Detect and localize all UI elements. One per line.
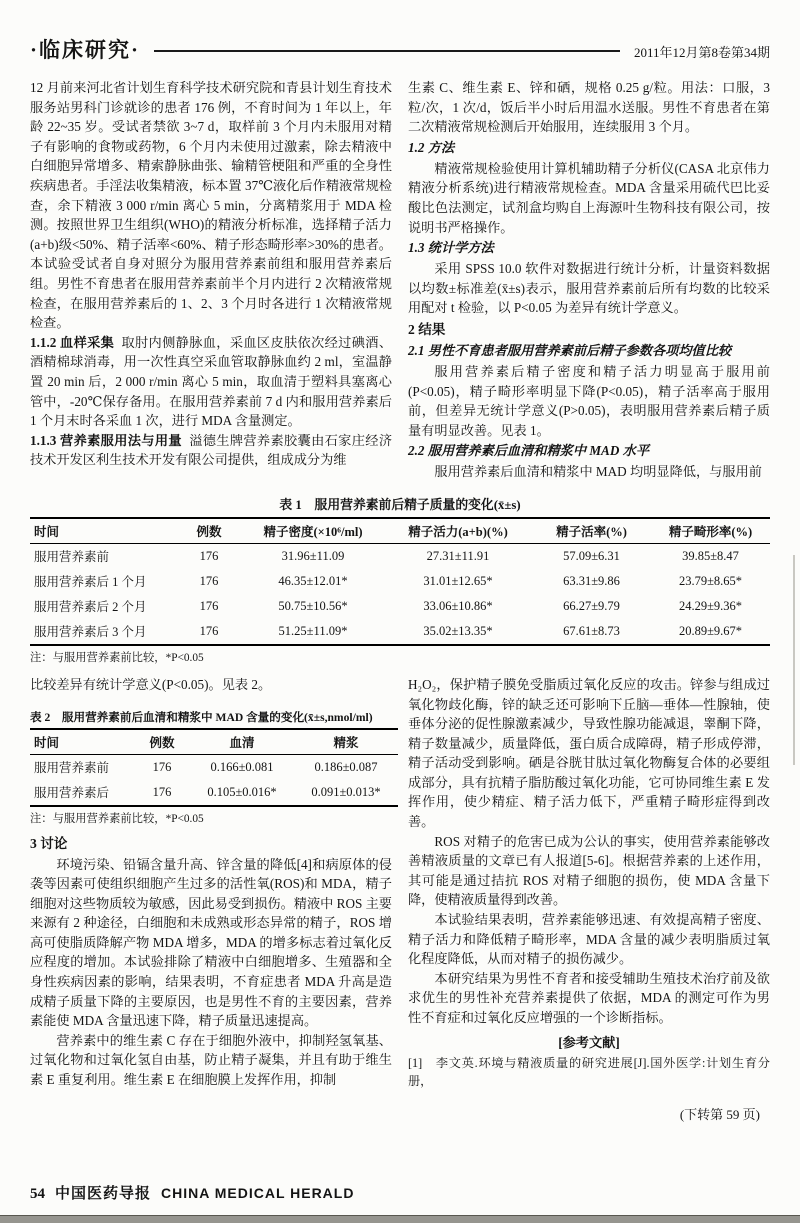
section-label: ·临床研究· [30,34,140,64]
table2-title: 表 2 服用营养素前后血清和精浆中 MAD 含量的变化(x̄±s,nmol/ml… [30,709,392,725]
paragraph: H₂O₂，保护精子膜免受脂质过氧化反应的攻击。锌参与组成过氧化物歧化酶，锌的缺乏… [408,675,770,832]
right-column-bottom: H₂O₂，保护精子膜免受脂质过氧化反应的攻击。锌参与组成过氧化物歧化酶，锌的缺乏… [408,675,770,1123]
left-column-top: 12 月前来河北省计划生育科学技术研究院和青县计划生育技术服务站男科门诊就诊的患… [30,78,392,482]
paragraph: 比较差异有统计学意义(P<0.05)。见表 2。 [30,675,392,695]
table2-note: 注：与服用营养素前比较，*P<0.05 [30,810,392,826]
paragraph: ROS 对精子的危害已成为公认的事实，使用营养素能够改善精液质量的文章已有人报道… [408,832,770,910]
table-cell: 0.166±0.081 [190,754,294,780]
table-cell: 57.09±6.31 [532,543,651,569]
paragraph: 1.1.3 营养素服用法与用量溢德生牌营养素胶囊由石家庄经济技术开发区利生技术开… [30,431,392,470]
subsection-heading: 2.1 男性不育患者服用营养素前后精子参数各项均值比较 [408,341,770,361]
paragraph: 服用营养素后血清和精浆中 MAD 均明显降低，与服用前 [408,462,770,482]
table-cell: 176 [134,754,190,780]
table-row: 服用营养素前 176 31.96±11.09 27.31±11.91 57.09… [30,543,770,569]
subsection-heading: 1.2 方法 [408,138,770,158]
table-header-cell: 时间 [30,518,176,544]
table-cell: 46.35±12.01* [242,569,384,594]
table-header-cell: 精子畸形率(%) [651,518,770,544]
issue-info: 2011年12月第8卷第34期 [634,42,770,61]
table-row: 服用营养素后 1 个月 176 46.35±12.01* 31.01±12.65… [30,569,770,594]
subsection-label: 1.1.2 血样采集 [30,335,114,350]
subsection-heading: 1.3 统计学方法 [408,238,770,258]
table-cell: 24.29±9.36* [651,594,770,619]
table-header-cell: 时间 [30,729,134,755]
table-cell: 服用营养素后 [30,780,134,806]
left-column-bottom: 比较差异有统计学意义(P<0.05)。见表 2。 表 2 服用营养素前后血清和精… [30,675,392,1123]
bottom-bar [0,1215,800,1223]
table-cell: 0.186±0.087 [294,754,398,780]
table-cell: 50.75±10.56* [242,594,384,619]
table-cell: 20.89±9.67* [651,619,770,645]
paragraph: 1.1.2 血样采集取肘内侧静脉血，采血区皮肤依次经过碘酒、酒精棉球消毒，用一次… [30,333,392,431]
table1-section: 表 1 服用营养素前后精子质量的变化(x̄±s) 时间 例数 精子密度(×10⁶… [0,494,800,665]
table-cell: 服用营养素前 [30,754,134,780]
table-row: 服用营养素前 176 0.166±0.081 0.186±0.087 [30,754,398,780]
table-header-cell: 精子活力(a+b)(%) [384,518,532,544]
table-cell: 176 [176,619,242,645]
section-heading: 2 结果 [408,319,770,340]
right-column-top: 生素 C、维生素 E、锌和硒，规格 0.25 g/粒。用法：口服，3 粒/次，1… [408,78,770,482]
table-row: 服用营养素后 2 个月 176 50.75±10.56* 33.06±10.86… [30,594,770,619]
table-cell: 35.02±13.35* [384,619,532,645]
table-cell: 27.31±11.91 [384,543,532,569]
paragraph: 服用营养素后精子密度和精子活力明显高于服用前(P<0.05)，精子畸形率明显下降… [408,362,770,440]
section-heading: 3 讨论 [30,833,392,854]
bottom-columns: 比较差异有统计学意义(P<0.05)。见表 2。 表 2 服用营养素前后血清和精… [0,675,800,1123]
paragraph: 营养素中的维生素 C 存在于细胞外液中，抑制羟氢氧基、过氧化物和过氧化氢自由基，… [30,1031,392,1090]
reference-item: [1] 李文英.环境与精液质量的研究进展[J].国外医学:计划生育分册， [408,1054,770,1090]
table-header-cell: 精子密度(×10⁶/ml) [242,518,384,544]
subsection-label: 1.1.3 营养素服用法与用量 [30,433,182,448]
page-number: 54 [30,1186,45,1203]
table-cell: 31.01±12.65* [384,569,532,594]
paragraph: 环境污染、铅镉含量升高、锌含量的降低[4]和病原体的侵袭等因素可使组织细胞产生过… [30,855,392,1031]
table-cell: 176 [176,543,242,569]
table-header-row: 时间 例数 血清 精浆 [30,729,398,755]
table-cell: 0.105±0.016* [190,780,294,806]
paragraph: 生素 C、维生素 E、锌和硒，规格 0.25 g/粒。用法：口服，3 粒/次，1… [408,78,770,137]
page-header: ·临床研究· 2011年12月第8卷第34期 [0,0,800,70]
scan-edge-artifact [793,555,795,765]
paragraph: 本研究结果为男性不育者和接受辅助生殖技术治疗前及欲求优生的男性补充营养素提供了依… [408,969,770,1028]
table-cell: 176 [134,780,190,806]
table-cell: 39.85±8.47 [651,543,770,569]
table-cell: 服用营养素后 2 个月 [30,594,176,619]
table-cell: 服用营养素后 1 个月 [30,569,176,594]
table-cell: 0.091±0.013* [294,780,398,806]
table-header-row: 时间 例数 精子密度(×10⁶/ml) 精子活力(a+b)(%) 精子活率(%)… [30,518,770,544]
header-rule [154,50,620,52]
table-cell: 176 [176,569,242,594]
table1-note: 注：与服用营养素前比较，*P<0.05 [30,649,770,665]
paragraph: 本试验结果表明，营养素能够迅速、有效提高精子密度、精子活力和降低精子畸形率，MD… [408,910,770,969]
table-cell: 51.25±11.09* [242,619,384,645]
table-header-cell: 例数 [176,518,242,544]
table-cell: 66.27±9.79 [532,594,651,619]
table2: 时间 例数 血清 精浆 服用营养素前 176 0.166±0.081 0.186… [30,728,398,807]
table-cell: 176 [176,594,242,619]
table-cell: 67.61±8.73 [532,619,651,645]
table-row: 服用营养素后 3 个月 176 51.25±11.09* 35.02±13.35… [30,619,770,645]
table-row: 服用营养素后 176 0.105±0.016* 0.091±0.013* [30,780,398,806]
table-header-cell: 血清 [190,729,294,755]
paragraph: 12 月前来河北省计划生育科学技术研究院和青县计划生育技术服务站男科门诊就诊的患… [30,78,392,333]
journal-name-en: CHINA MEDICAL HERALD [161,1185,354,1201]
paragraph: 精液常规检验使用计算机辅助精子分析仪(CASA 北京伟力精液分析系统)进行精液常… [408,159,770,237]
subsection-heading: 2.2 服用营养素后血清和精浆中 MAD 水平 [408,441,770,461]
table1: 时间 例数 精子密度(×10⁶/ml) 精子活力(a+b)(%) 精子活率(%)… [30,517,770,646]
references-heading: [参考文献] [408,1032,770,1051]
journal-page: ·临床研究· 2011年12月第8卷第34期 12 月前来河北省计划生育科学技术… [0,0,800,1223]
table-cell: 33.06±10.86* [384,594,532,619]
paragraph: 采用 SPSS 10.0 软件对数据进行统计分析，计量资料数据以均数±标准差(x… [408,259,770,318]
top-columns: 12 月前来河北省计划生育科学技术研究院和青县计划生育技术服务站男科门诊就诊的患… [0,78,800,482]
table-cell: 23.79±8.65* [651,569,770,594]
journal-name-cn: 中国医药导报 [55,1182,151,1203]
table-header-cell: 精子活率(%) [532,518,651,544]
table-cell: 服用营养素后 3 个月 [30,619,176,645]
table-cell: 63.31±9.86 [532,569,651,594]
continued-note: (下转第 59 页) [408,1104,770,1123]
table-cell: 服用营养素前 [30,543,176,569]
table-header-cell: 精浆 [294,729,398,755]
table-header-cell: 例数 [134,729,190,755]
table1-title: 表 1 服用营养素前后精子质量的变化(x̄±s) [30,494,770,513]
table-cell: 31.96±11.09 [242,543,384,569]
page-footer: 54 中国医药导报 CHINA MEDICAL HERALD [30,1182,354,1203]
